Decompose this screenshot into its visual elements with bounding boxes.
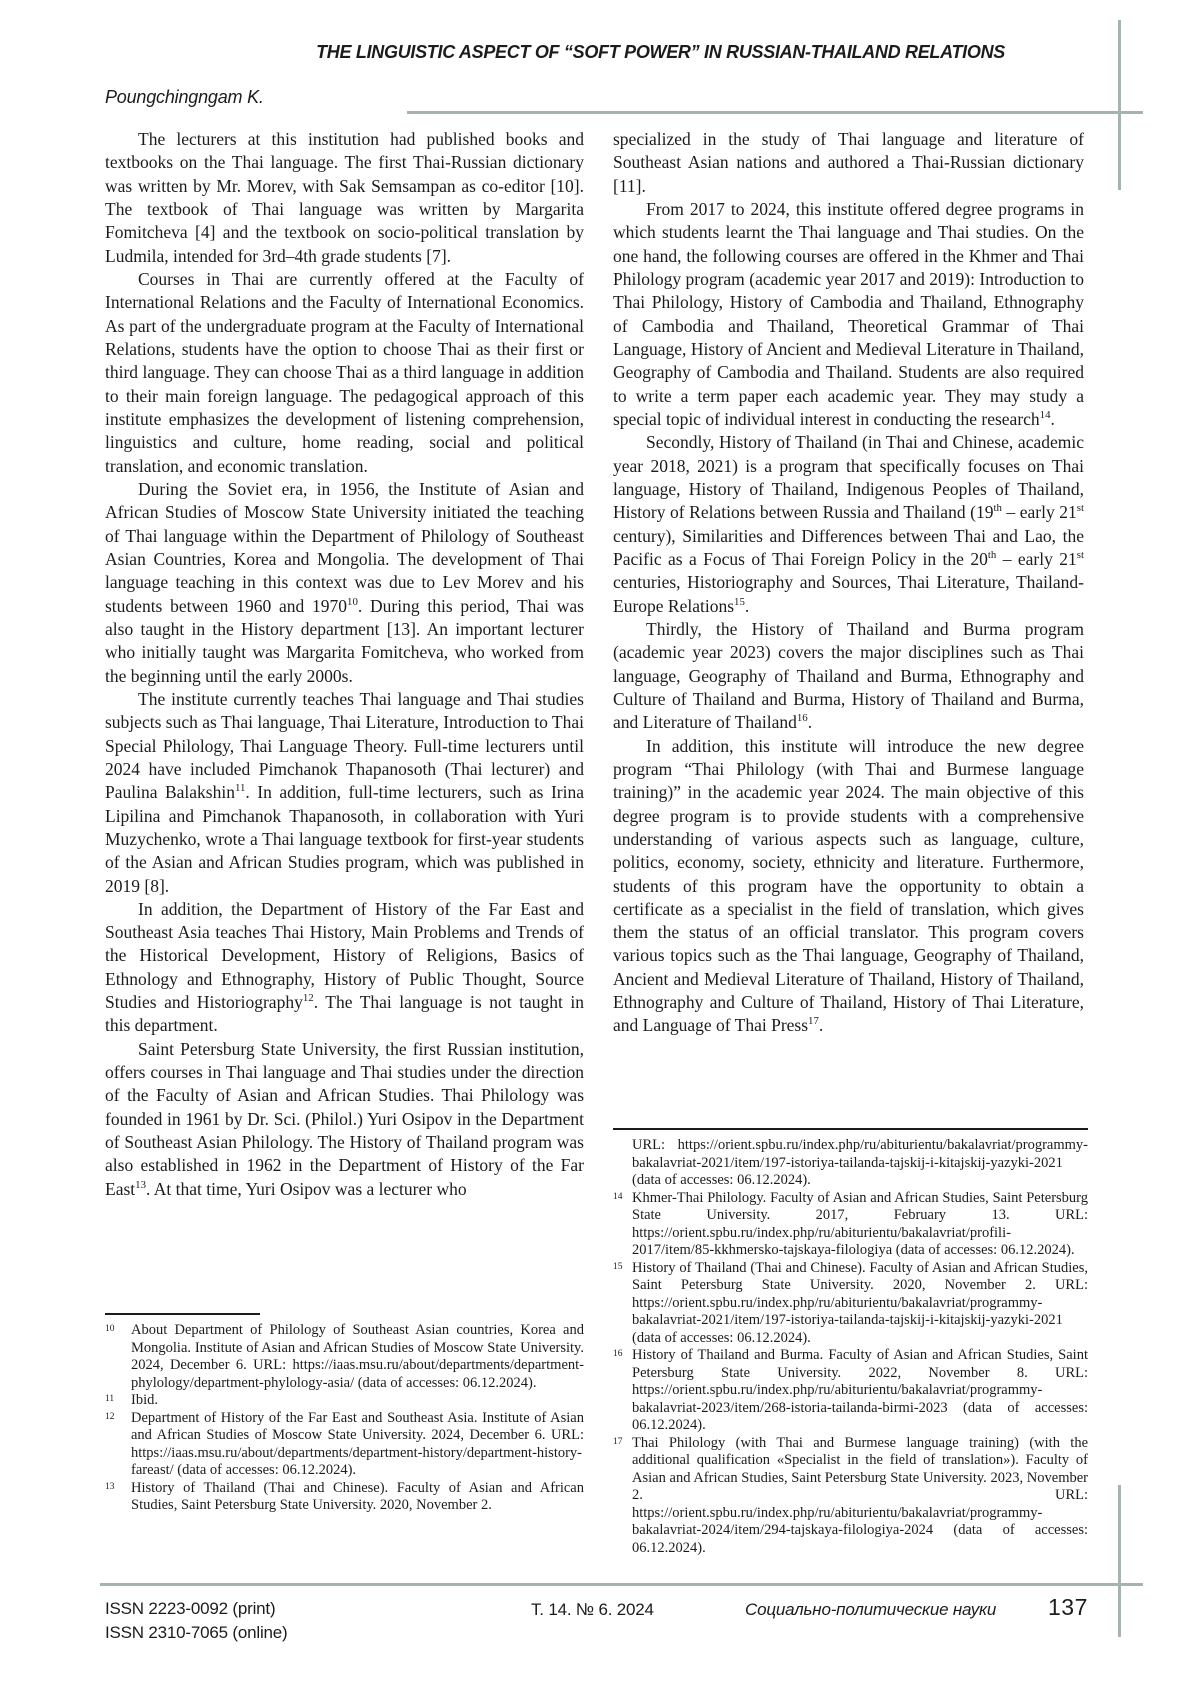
footnote: 10 About Department of Philology of Sout… [105,1322,584,1392]
footnote-text: History of Thailand (Thai and Chinese). … [131,1480,584,1514]
footnote-number: 10 [105,1321,115,1339]
footnote-number: 11 [105,1391,114,1409]
footnote-separator [105,1313,260,1315]
footnote: 17 Thai Philology (with Thai and Burmese… [613,1435,1088,1558]
author-name: Poungchingngam K. [105,87,264,108]
footnotes-left: 10 About Department of Philology of Sout… [105,1313,584,1575]
paragraph: specialized in the study of Thai languag… [613,128,1084,198]
footnote: 15 History of Thailand (Thai and Chinese… [613,1260,1088,1348]
footnote-text: Khmer-Thai Philology. Faculty of Asian a… [632,1190,1088,1259]
paragraph: Courses in Thai are currently offered at… [105,268,584,478]
footnote-number: 16 [613,1346,623,1364]
issn-print: ISSN 2223-0092 (print) [105,1597,288,1621]
footnote-text: Department of History of the Far East an… [131,1410,584,1479]
paragraph: From 2017 to 2024, this institute offere… [613,198,1084,431]
footnote-text: URL: https://orient.spbu.ru/index.php/ru… [632,1137,1088,1188]
footnote-text: About Department of Philology of Southea… [131,1322,584,1391]
paragraph: During the Soviet era, in 1956, the Inst… [105,478,584,688]
volume-issue: Т. 14. № 6. 2024 [531,1600,654,1620]
paragraph: Thirdly, the History of Thailand and Bur… [613,618,1084,735]
running-title: THE LINGUISTIC ASPECT OF “SOFT POWER” IN… [300,42,1005,63]
margin-rule-top [1118,20,1121,190]
footnote-number: 13 [105,1479,115,1497]
footnote-separator [613,1128,1088,1130]
footnotes-right: URL: https://orient.spbu.ru/index.php/ru… [613,1128,1088,1576]
margin-rule-bottom [1118,1485,1121,1637]
footnote: 13 History of Thailand (Thai and Chinese… [105,1480,584,1515]
header-rule [407,111,1143,114]
footnote-text: Ibid. [131,1392,158,1408]
journal-name: Социально-политические науки [745,1600,996,1620]
issn-online: ISSN 2310-7065 (online) [105,1621,288,1645]
footer-rule [100,1583,1143,1586]
footnote: 11 Ibid. [105,1392,584,1410]
footnote-text: History of Thailand and Burma. Faculty o… [632,1347,1088,1433]
paragraph: Saint Petersburg State University, the f… [105,1038,584,1201]
paragraph: The lecturers at this institution had pu… [105,128,584,268]
footnote: 14 Khmer-Thai Philology. Faculty of Asia… [613,1190,1088,1260]
issn-block: ISSN 2223-0092 (print) ISSN 2310-7065 (o… [105,1597,288,1645]
left-column: The lecturers at this institution had pu… [105,128,584,1314]
page-number: 137 [1048,1594,1088,1621]
footnote-number: 17 [613,1434,623,1452]
paragraph: The institute currently teaches Thai lan… [105,688,584,898]
footnote-text: Thai Philology (with Thai and Burmese la… [632,1435,1088,1556]
footnote-number: 14 [613,1189,623,1207]
footnote-text: History of Thailand (Thai and Chinese). … [632,1260,1088,1346]
paragraph: Secondly, History of Thailand (in Thai a… [613,431,1084,618]
right-column: specialized in the study of Thai languag… [613,128,1084,1128]
journal-page: THE LINGUISTIC ASPECT OF “SOFT POWER” IN… [0,0,1200,1697]
paragraph: In addition, the Department of History o… [105,898,584,1038]
footnote: 12 Department of History of the Far East… [105,1410,584,1480]
footnote-number: 15 [613,1259,623,1277]
footnote-number: 12 [105,1409,115,1427]
footnote-continuation: URL: https://orient.spbu.ru/index.php/ru… [613,1137,1088,1190]
footnote: 16 History of Thailand and Burma. Facult… [613,1347,1088,1435]
paragraph: In addition, this institute will introdu… [613,735,1084,1038]
